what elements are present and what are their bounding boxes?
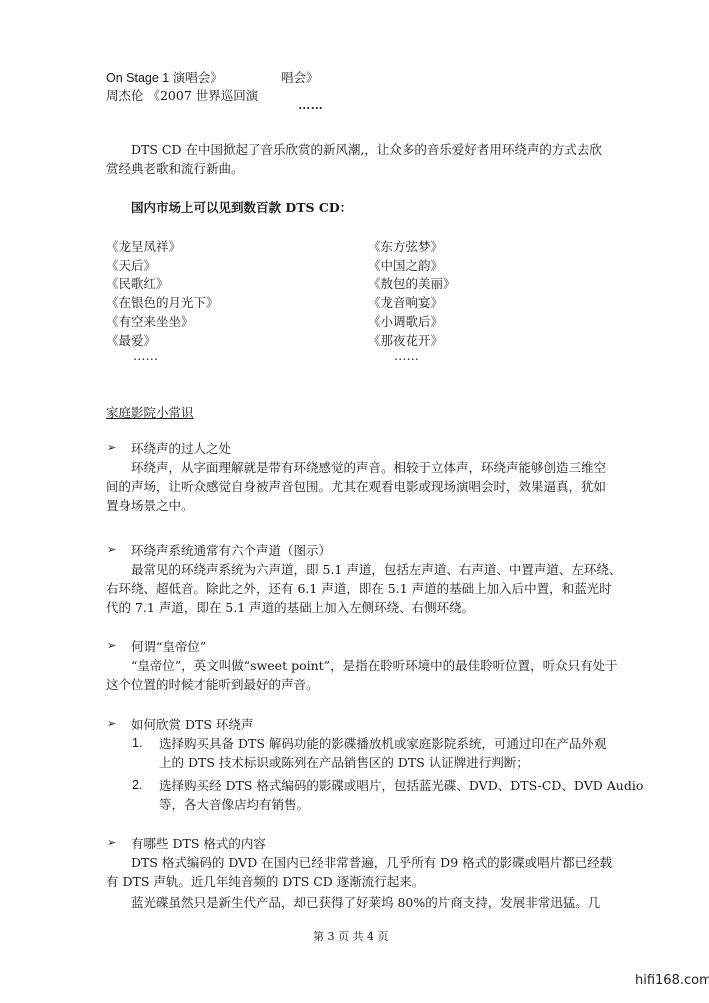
page-indicator: 第 3 页 共 4 页 [313, 928, 388, 944]
item-text-line: 有 DTS 声轨。近几年纯音频的 DTS CD 逐渐流行起来。 [106, 873, 424, 891]
item-heading: 有哪些 DTS 格式的内容 [131, 835, 266, 853]
header-line-1-left: On Stage 1 演唱会》 [106, 68, 223, 86]
item-text-line: 蓝光碟虽然只是新生代产品，却已获得了好莱坞 80%的片商支持，发展非常迅猛。几 [131, 894, 600, 912]
cd-title: 《在银色的月光下》 [106, 293, 219, 311]
cd-title: 《有空来坐坐》 [106, 312, 194, 330]
item-heading: 如何欣赏 DTS 环绕声 [131, 716, 253, 734]
arrow-bullet-icon: ➢ [107, 441, 116, 454]
cd-title: 《敖包的美丽》 [368, 274, 456, 292]
item-text-line: 代的 7.1 声道，即在 5.1 声道的基础上加入左侧环绕、右侧环绕。 [106, 599, 474, 617]
header-line-2: 周杰伦 《2007 世界巡回演 [106, 86, 258, 104]
item-text-line: DTS 格式编码的 DVD 在国内已经非常普遍，几乎所有 D9 格式的影碟或唱片… [131, 854, 612, 872]
cd-title: 《最爱》 [106, 331, 156, 349]
item-text-line: 右环绕、超低音。除此之外，还有 6.1 声道，即在 5.1 声道的基础上加入后中… [106, 580, 612, 598]
item-text-line: 选择购买具备 DTS 解码功能的影碟播放机或家庭影院系统，可通过印在产品外观 [159, 735, 606, 753]
item-text-line: 选择购买经 DTS 格式编码的影碟或唱片，包括蓝光碟、DVD、DTS-CD、DV… [159, 777, 643, 795]
header-line-1-right: 唱会》 [281, 68, 319, 86]
cd-title: 《龙音响宴》 [368, 293, 443, 311]
cd-title: 《中国之韵》 [368, 256, 443, 274]
watermark: hifi168.com [635, 973, 709, 988]
item-text-line: 等，各大音像店均有销售。 [159, 796, 309, 814]
item-text-line: 间的声场，让听众感觉自身被声音包围。尤其在观看电影或现场演唱会时，效果逼真，犹如 [106, 478, 606, 496]
arrow-bullet-icon: ➢ [107, 717, 116, 730]
arrow-bullet-icon: ➢ [107, 543, 116, 556]
cd-list-heading: 国内市场上可以见到数百款 DTS CD： [131, 199, 352, 217]
item-text-line: 置身场景之中。 [106, 497, 194, 515]
cd-title: 《那夜花开》 [368, 331, 443, 349]
cd-list-ellipsis: …… [394, 348, 419, 363]
intro-paragraph-line-2: 赏经典老歌和流行新曲。 [106, 160, 244, 178]
cd-list-ellipsis: …… [133, 348, 158, 363]
arrow-bullet-icon: ➢ [107, 639, 116, 652]
intro-paragraph-line-1: DTS CD 在中国掀起了音乐欣赏的新风潮,，让众多的音乐爱好者用环绕声的方式去… [131, 141, 602, 159]
item-text-line: 这个位置的时候才能听到最好的声音。 [106, 676, 319, 694]
section-title: 家庭影院小常识 [106, 404, 194, 422]
item-text-line: 环绕声，从字面理解就是带有环绕感觉的声音。相较于立体声，环绕声能够创造三维空 [131, 459, 606, 477]
item-heading: 环绕声系统通常有六个声道（图示） [131, 542, 331, 560]
item-heading: 环绕声的过人之处 [131, 440, 231, 458]
item-text-line: 最常见的环绕声系统为六声道，即 5.1 声道，包括左声道、右声道、中置声道、左环… [131, 561, 621, 579]
list-number: 1. [132, 736, 142, 750]
cd-title: 《民歌红》 [106, 274, 169, 292]
item-text-line: 上的 DTS 技术标识或陈列在产品销售区的 DTS 认证牌进行判断； [159, 754, 529, 772]
cd-title: 《小调歌后》 [368, 312, 443, 330]
cd-title: 《东方弦梦》 [368, 237, 443, 255]
list-number: 2. [132, 778, 142, 792]
arrow-bullet-icon: ➢ [107, 836, 116, 849]
header-ellipsis: …… [298, 98, 323, 112]
cd-title: 《龙呈凤祥》 [106, 237, 181, 255]
item-text-line: “皇帝位”，英文叫做“sweet point”，是指在聆听环境中的最佳聆听位置，… [131, 657, 618, 675]
cd-title: 《天后》 [106, 256, 156, 274]
item-heading: 何谓“皇帝位” [131, 638, 206, 656]
